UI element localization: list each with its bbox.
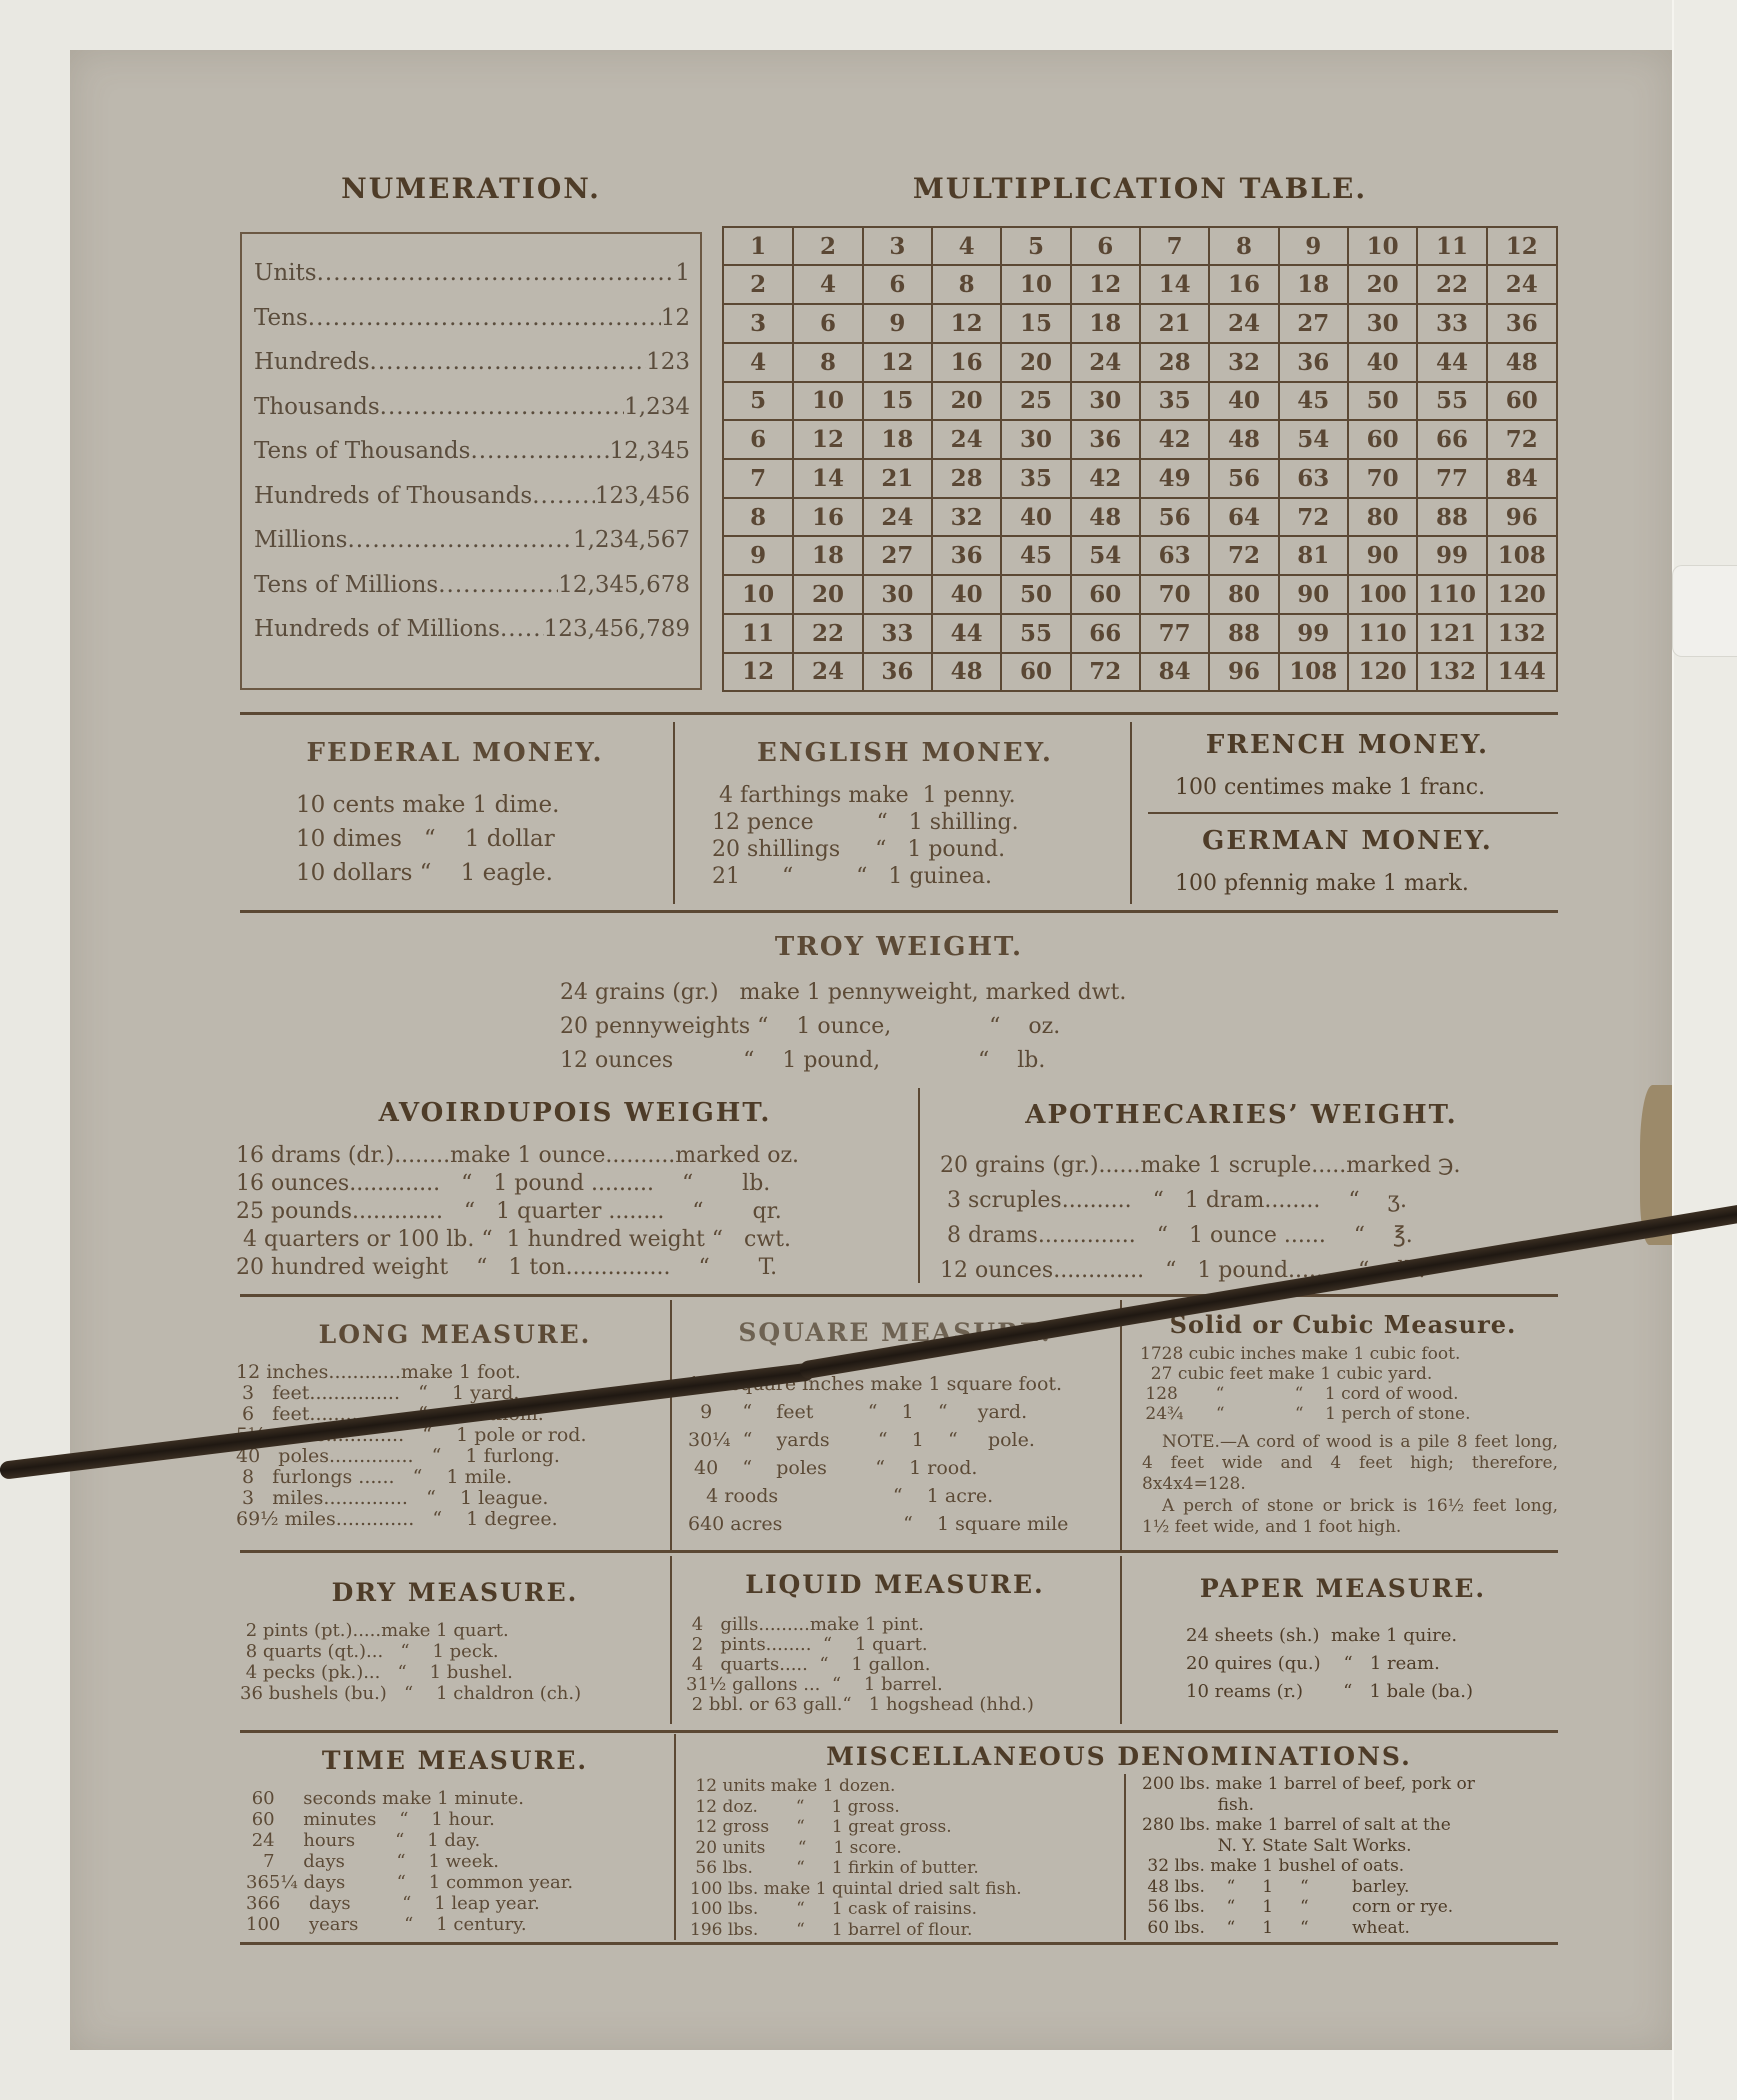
table-cell: 63 [1279,459,1348,498]
table-cell: 36 [863,653,932,690]
table-cell: 120 [1487,575,1556,614]
table-cell: 72 [1279,498,1348,537]
french-money-title: FRENCH MONEY. [1140,730,1555,760]
text-line: 9 “ feet “ 1 “ yard. [688,1398,1068,1426]
table-cell: 108 [1279,653,1348,690]
table-cell: 120 [1348,653,1417,690]
table-row: 112233445566778899110121132 [724,614,1556,653]
text-line: 24 hours “ 1 day. [246,1830,573,1851]
table-cell: 6 [793,304,862,343]
text-line: 16 drams (dr.)........make 1 ounce......… [236,1142,799,1170]
text-line: 200 lbs. make 1 barrel of beef, pork or [1142,1774,1475,1795]
table-cell: 10 [793,382,862,421]
table-cell: 24 [1209,304,1278,343]
table-cell: 21 [863,459,932,498]
table-cell: 70 [1348,459,1417,498]
column-divider [918,1088,920,1283]
money-divider [1148,812,1558,814]
text-line: 27 cubic feet make 1 cubic yard. [1140,1364,1470,1384]
text-line: 24 sheets (sh.) make 1 quire. [1186,1622,1473,1650]
apothecaries-title: APOTHECARIES’ WEIGHT. [925,1100,1558,1130]
text-line: 12 pence “ 1 shilling. [712,809,1019,836]
leader-dots [370,349,647,375]
table-cell: 81 [1279,536,1348,575]
table-cell: 20 [793,575,862,614]
text-line: 20 grains (gr.)......make 1 scruple.....… [940,1148,1460,1183]
numeration-value: 12,345 [610,438,690,464]
text-line: 100 centimes make 1 franc. [1175,774,1485,802]
table-cell: 9 [863,304,932,343]
table-cell: 1 [724,228,793,265]
table-cell: 2 [724,265,793,304]
table-cell: 48 [1209,420,1278,459]
text-line: 2 pints (pt.).....make 1 quart. [240,1620,581,1641]
cubic-measure-note: NOTE.—A cord of wood is a pile 8 feet lo… [1142,1432,1558,1495]
table-cell: 36 [1071,420,1140,459]
table-cell: 55 [1417,382,1486,421]
time-measure-lines: 60 seconds make 1 minute. 60 minutes “ 1… [246,1788,573,1935]
table-cell: 45 [1279,382,1348,421]
section-rule [240,712,1558,715]
table-cell: 30 [1001,420,1070,459]
table-row: 4812162024283236404448 [724,343,1556,382]
text-line: 1728 cubic inches make 1 cubic foot. [1140,1344,1470,1364]
column-divider [1130,722,1132,904]
text-line: 20 hundred weight “ 1 ton...............… [236,1254,799,1282]
text-line: 2 bbl. or 63 gall.“ 1 hogshead (hhd.) [686,1695,1034,1715]
leader-dots [532,483,595,509]
table-cell: 3 [863,228,932,265]
table-cell: 36 [1487,304,1556,343]
table-cell: 16 [793,498,862,537]
numeration-value: 12,345,678 [558,572,690,598]
troy-weight-lines: 24 grains (gr.) make 1 pennyweight, mark… [560,976,1126,1078]
table-cell: 121 [1417,614,1486,653]
text-line: 4 farthings make 1 penny. [712,782,1019,809]
table-cell: 55 [1001,614,1070,653]
table-cell: 132 [1487,614,1556,653]
table-cell: 110 [1417,575,1486,614]
text-line: 12 units make 1 dozen. [690,1776,1022,1797]
avoirdupois-lines: 16 drams (dr.)........make 1 ounce......… [236,1142,799,1282]
text-line: 21 “ “ 1 guinea. [712,863,1019,890]
table-cell: 28 [1140,343,1209,382]
table-cell: 32 [932,498,1001,537]
table-cell: 18 [793,536,862,575]
numeration-label: Units [254,260,317,286]
table-cell: 4 [793,265,862,304]
text-line: 12 gross “ 1 great gross. [690,1817,1022,1838]
avoirdupois-title: AVOIRDUPOIS WEIGHT. [240,1098,910,1128]
table-cell: 132 [1417,653,1486,690]
table-row: 369121518212427303336 [724,304,1556,343]
table-cell: 6 [863,265,932,304]
misc-left-lines: 12 units make 1 dozen. 12 doz. “ 1 gross… [690,1776,1022,1940]
numeration-title: NUMERATION. [240,172,702,205]
text-line: 365¼ days “ 1 common year. [246,1872,573,1893]
text-line: 36 bushels (bu.) “ 1 chaldron (ch.) [240,1683,581,1704]
table-cell: 40 [1348,343,1417,382]
table-cell: 50 [1348,382,1417,421]
numeration-label: Tens of Millions [254,572,438,598]
table-cell: 7 [1140,228,1209,265]
paper-measure-lines: 24 sheets (sh.) make 1 quire.20 quires (… [1186,1622,1473,1706]
table-cell: 72 [1487,420,1556,459]
table-cell: 12 [1487,228,1556,265]
table-cell: 54 [1071,536,1140,575]
table-cell: 35 [1001,459,1070,498]
table-cell: 18 [1279,265,1348,304]
mat-tab [1672,565,1737,657]
text-line: 100 pfennig make 1 mark. [1175,870,1469,898]
table-cell: 14 [793,459,862,498]
table-cell: 16 [932,343,1001,382]
table-cell: 8 [724,498,793,537]
table-cell: 24 [863,498,932,537]
text-line: 4 gills.........make 1 pint. [686,1615,1034,1635]
table-cell: 6 [724,420,793,459]
table-cell: 16 [1209,265,1278,304]
misc-right-lines: 200 lbs. make 1 barrel of beef, pork or … [1142,1774,1475,1938]
table-cell: 56 [1140,498,1209,537]
text-line: 4 quarts..... “ 1 gallon. [686,1655,1034,1675]
text-line: 366 days “ 1 leap year. [246,1893,573,1914]
table-cell: 44 [932,614,1001,653]
english-money-title: ENGLISH MONEY. [680,738,1130,768]
numeration-value: 123,456,789 [544,616,690,642]
text-line: 31½ gallons ... “ 1 barrel. [686,1675,1034,1695]
table-cell: 60 [1487,382,1556,421]
section-rule [240,1294,1558,1297]
numeration-value: 1,234,567 [573,527,690,553]
numeration-value: 1,234 [624,394,690,420]
table-cell: 12 [724,653,793,690]
table-cell: 11 [1417,228,1486,265]
text-line: 100 lbs. make 1 quintal dried salt fish. [690,1879,1022,1900]
table-row: 102030405060708090100110120 [724,575,1556,614]
table-cell: 24 [1071,343,1140,382]
text-line: 12 inches............make 1 foot. [236,1362,586,1383]
table-cell: 144 [1487,653,1556,690]
table-cell: 56 [1209,459,1278,498]
numeration-row: Tens12 [254,305,690,335]
table-cell: 88 [1209,614,1278,653]
long-measure-title: LONG MEASURE. [240,1320,670,1349]
table-cell: 49 [1140,459,1209,498]
table-cell: 110 [1348,614,1417,653]
leader-dots [347,527,573,553]
table-cell: 10 [724,575,793,614]
table-cell: 12 [932,304,1001,343]
table-cell: 30 [1071,382,1140,421]
multiplication-table: 1234567891011122468101214161820222436912… [722,226,1558,692]
text-line: 20 pennyweights “ 1 ounce, “ oz. [560,1010,1126,1044]
table-cell: 36 [932,536,1001,575]
text-line: 40 poles.............. “ 1 furlong. [236,1446,586,1467]
numeration-label: Thousands [254,394,380,420]
frame-mat [1672,0,1737,2100]
text-line: 24¾ “ “ 1 perch of stone. [1140,1404,1470,1424]
table-cell: 12 [793,420,862,459]
text-line: 4 quarters or 100 lb. “ 1 hundred weight… [236,1226,799,1254]
text-line: 196 lbs. “ 1 barrel of flour. [690,1920,1022,1941]
numeration-label: Hundreds [254,349,370,375]
text-line: 3 miles.............. “ 1 league. [236,1488,586,1509]
table-row: 918273645546372819099108 [724,536,1556,575]
numeration-row: Tens of Millions12,345,678 [254,572,690,602]
table-cell: 20 [932,382,1001,421]
numeration-label: Hundreds of Thousands [254,483,532,509]
text-line: 56 lbs. “ 1 “ corn or rye. [1142,1897,1475,1918]
text-line: 100 lbs. “ 1 cask of raisins. [690,1899,1022,1920]
numeration-row: Millions1,234,567 [254,527,690,557]
leader-dots [470,438,609,464]
table-cell: 33 [863,614,932,653]
text-line: 3 scruples.......... “ 1 dram........ “ … [940,1183,1460,1218]
column-divider [673,722,675,904]
numeration-row: Tens of Thousands12,345 [254,438,690,468]
text-line: 2 pints........ “ 1 quart. [686,1635,1034,1655]
table-cell: 24 [1487,265,1556,304]
table-cell: 20 [1348,265,1417,304]
table-cell: 2 [793,228,862,265]
liquid-measure-lines: 4 gills.........make 1 pint. 2 pints....… [686,1615,1034,1715]
table-cell: 12 [1071,265,1140,304]
table-cell: 24 [793,653,862,690]
column-divider [670,1300,672,1550]
table-cell: 70 [1140,575,1209,614]
english-money-lines: 4 farthings make 1 penny.12 pence “ 1 sh… [712,782,1019,890]
table-cell: 77 [1140,614,1209,653]
table-cell: 8 [793,343,862,382]
table-cell: 60 [1071,575,1140,614]
text-line: 60 seconds make 1 minute. [246,1788,573,1809]
text-line: 60 lbs. “ 1 “ wheat. [1142,1918,1475,1939]
table-cell: 15 [1001,304,1070,343]
text-line: 20 shillings “ 1 pound. [712,836,1019,863]
table-cell: 4 [932,228,1001,265]
leader-dots [500,616,544,642]
table-row: 1224364860728496108120132144 [724,653,1556,690]
table-cell: 42 [1140,420,1209,459]
table-cell: 66 [1071,614,1140,653]
section-rule [240,1550,1558,1553]
table-cell: 99 [1279,614,1348,653]
text-line: 20 quires (qu.) “ 1 ream. [1186,1650,1473,1678]
table-cell: 18 [863,420,932,459]
numeration-label: Millions [254,527,347,553]
numeration-value: 12 [661,305,690,331]
text-line: 56 lbs. “ 1 firkin of butter. [690,1858,1022,1879]
text-line: 128 “ “ 1 cord of wood. [1140,1384,1470,1404]
table-cell: 20 [1001,343,1070,382]
long-measure-lines: 12 inches............make 1 foot. 3 feet… [236,1362,586,1530]
table-cell: 22 [793,614,862,653]
table-cell: 27 [863,536,932,575]
table-cell: 45 [1001,536,1070,575]
column-divider [670,1556,672,1724]
cubic-measure-note-2: A perch of stone or brick is 16½ feet lo… [1142,1496,1558,1538]
table-cell: 66 [1417,420,1486,459]
table-cell: 18 [1071,304,1140,343]
column-divider [1124,1774,1126,1940]
numeration-row: Hundreds123 [254,349,690,379]
text-line: 30¼ “ yards “ 1 “ pole. [688,1426,1068,1454]
table-row: 61218243036424854606672 [724,420,1556,459]
text-line: 16 ounces............. “ 1 pound .......… [236,1170,799,1198]
text-line: 640 acres “ 1 square mile [688,1510,1068,1538]
text-line: 40 “ poles “ 1 rood. [688,1454,1068,1482]
numeration-row: Hundreds of Thousands123,456 [254,483,690,513]
leader-dots [317,260,676,286]
table-cell: 30 [863,575,932,614]
table-cell: 5 [724,382,793,421]
table-cell: 99 [1417,536,1486,575]
table-row: 51015202530354045505560 [724,382,1556,421]
text-line: 4 pecks (pk.)... “ 1 bushel. [240,1662,581,1683]
leader-dots [308,305,661,331]
german-money-title: GERMAN MONEY. [1140,826,1555,856]
text-line: 20 units “ 1 score. [690,1838,1022,1859]
text-line: 25 pounds............. “ 1 quarter .....… [236,1198,799,1226]
table-cell: 7 [724,459,793,498]
table-cell: 48 [932,653,1001,690]
numeration-value: 123 [646,349,690,375]
table-cell: 96 [1209,653,1278,690]
table-cell: 10 [1001,265,1070,304]
table-cell: 48 [1487,343,1556,382]
numeration-value: 1 [675,260,690,286]
text-line: 7 days “ 1 week. [246,1851,573,1872]
table-cell: 30 [1348,304,1417,343]
table-cell: 72 [1071,653,1140,690]
text-line: 10 dollars “ 1 eagle. [296,856,559,890]
table-row: 24681012141618202224 [724,265,1556,304]
table-cell: 28 [932,459,1001,498]
table-cell: 35 [1140,382,1209,421]
table-cell: 44 [1417,343,1486,382]
table-cell: 63 [1140,536,1209,575]
table-cell: 72 [1209,536,1278,575]
table-cell: 3 [724,304,793,343]
table-cell: 77 [1417,459,1486,498]
table-cell: 90 [1279,575,1348,614]
text-line: N. Y. State Salt Works. [1142,1836,1475,1857]
leader-dots [438,572,558,598]
table-row: 71421283542495663707784 [724,459,1556,498]
paper-measure-title: PAPER MEASURE. [1128,1574,1558,1603]
text-line: fish. [1142,1795,1475,1816]
text-line: 32 lbs. make 1 bushel of oats. [1142,1856,1475,1877]
text-line: 12 doz. “ 1 gross. [690,1797,1022,1818]
text-line: 24 grains (gr.) make 1 pennyweight, mark… [560,976,1126,1010]
table-row: 81624324048566472808896 [724,498,1556,537]
table-cell: 21 [1140,304,1209,343]
table-cell: 25 [1001,382,1070,421]
square-measure-lines: 144 square inches make 1 square foot. 9 … [688,1370,1068,1538]
table-cell: 88 [1417,498,1486,537]
column-divider [674,1734,676,1940]
text-line: 10 reams (r.) “ 1 bale (ba.) [1186,1678,1473,1706]
text-line: 280 lbs. make 1 barrel of salt at the [1142,1815,1475,1836]
federal-money-lines: 10 cents make 1 dime.10 dimes “ 1 dollar… [296,788,559,890]
multiplication-title: MULTIPLICATION TABLE. [722,172,1558,205]
time-measure-title: TIME MEASURE. [240,1746,670,1775]
troy-weight-title: TROY WEIGHT. [240,932,1558,962]
table-cell: 9 [724,536,793,575]
table-cell: 8 [932,265,1001,304]
numeration-label: Hundreds of Millions [254,616,500,642]
table-cell: 50 [1001,575,1070,614]
table-cell: 11 [724,614,793,653]
table-cell: 14 [1140,265,1209,304]
section-rule [240,910,1558,913]
numeration-box: Units1Tens12Hundreds123Thousands1,234Ten… [240,232,702,690]
text-line: 4 roods “ 1 acre. [688,1482,1068,1510]
text-line: 8 drams.............. “ 1 ounce ...... “… [940,1218,1460,1253]
table-cell: 84 [1487,459,1556,498]
table-cell: 36 [1279,343,1348,382]
text-line: 12 ounces “ 1 pound, “ lb. [560,1044,1126,1078]
table-cell: 108 [1487,536,1556,575]
table-cell: 12 [863,343,932,382]
liquid-measure-title: LIQUID MEASURE. [680,1570,1110,1599]
column-divider [1120,1300,1122,1550]
numeration-label: Tens of Thousands [254,438,470,464]
column-divider [1120,1556,1122,1724]
section-rule [240,1942,1558,1945]
table-cell: 90 [1348,536,1417,575]
table-cell: 15 [863,382,932,421]
table-cell: 54 [1279,420,1348,459]
numeration-row: Hundreds of Millions123,456,789 [254,616,690,646]
table-cell: 60 [1348,420,1417,459]
table-cell: 84 [1140,653,1209,690]
numeration-row: Units1 [254,260,690,290]
numeration-value: 123,456 [595,483,690,509]
federal-money-title: FEDERAL MONEY. [240,738,670,768]
numeration-row: Thousands1,234 [254,394,690,424]
table-cell: 80 [1209,575,1278,614]
text-line: 10 cents make 1 dime. [296,788,559,822]
table-cell: 27 [1279,304,1348,343]
table-cell: 9 [1279,228,1348,265]
table-cell: 24 [932,420,1001,459]
table-cell: 40 [932,575,1001,614]
table-cell: 22 [1417,265,1486,304]
leader-dots [380,394,624,420]
table-row: 123456789101112 [724,228,1556,265]
table-cell: 5 [1001,228,1070,265]
table-cell: 96 [1487,498,1556,537]
table-cell: 42 [1071,459,1140,498]
text-line: 10 dimes “ 1 dollar [296,822,559,856]
table-cell: 100 [1348,575,1417,614]
numeration-label: Tens [254,305,308,331]
table-cell: 4 [724,343,793,382]
cubic-measure-lines: 1728 cubic inches make 1 cubic foot. 27 … [1140,1344,1470,1424]
dry-measure-title: DRY MEASURE. [240,1578,670,1607]
text-line: 48 lbs. “ 1 “ barley. [1142,1877,1475,1898]
text-line: 8 quarts (qt.)... “ 1 peck. [240,1641,581,1662]
table-cell: 64 [1209,498,1278,537]
table-cell: 33 [1417,304,1486,343]
section-rule [240,1730,1558,1733]
german-money-lines: 100 pfennig make 1 mark. [1175,870,1469,898]
text-line: 100 years “ 1 century. [246,1914,573,1935]
table-cell: 40 [1001,498,1070,537]
table-cell: 80 [1348,498,1417,537]
